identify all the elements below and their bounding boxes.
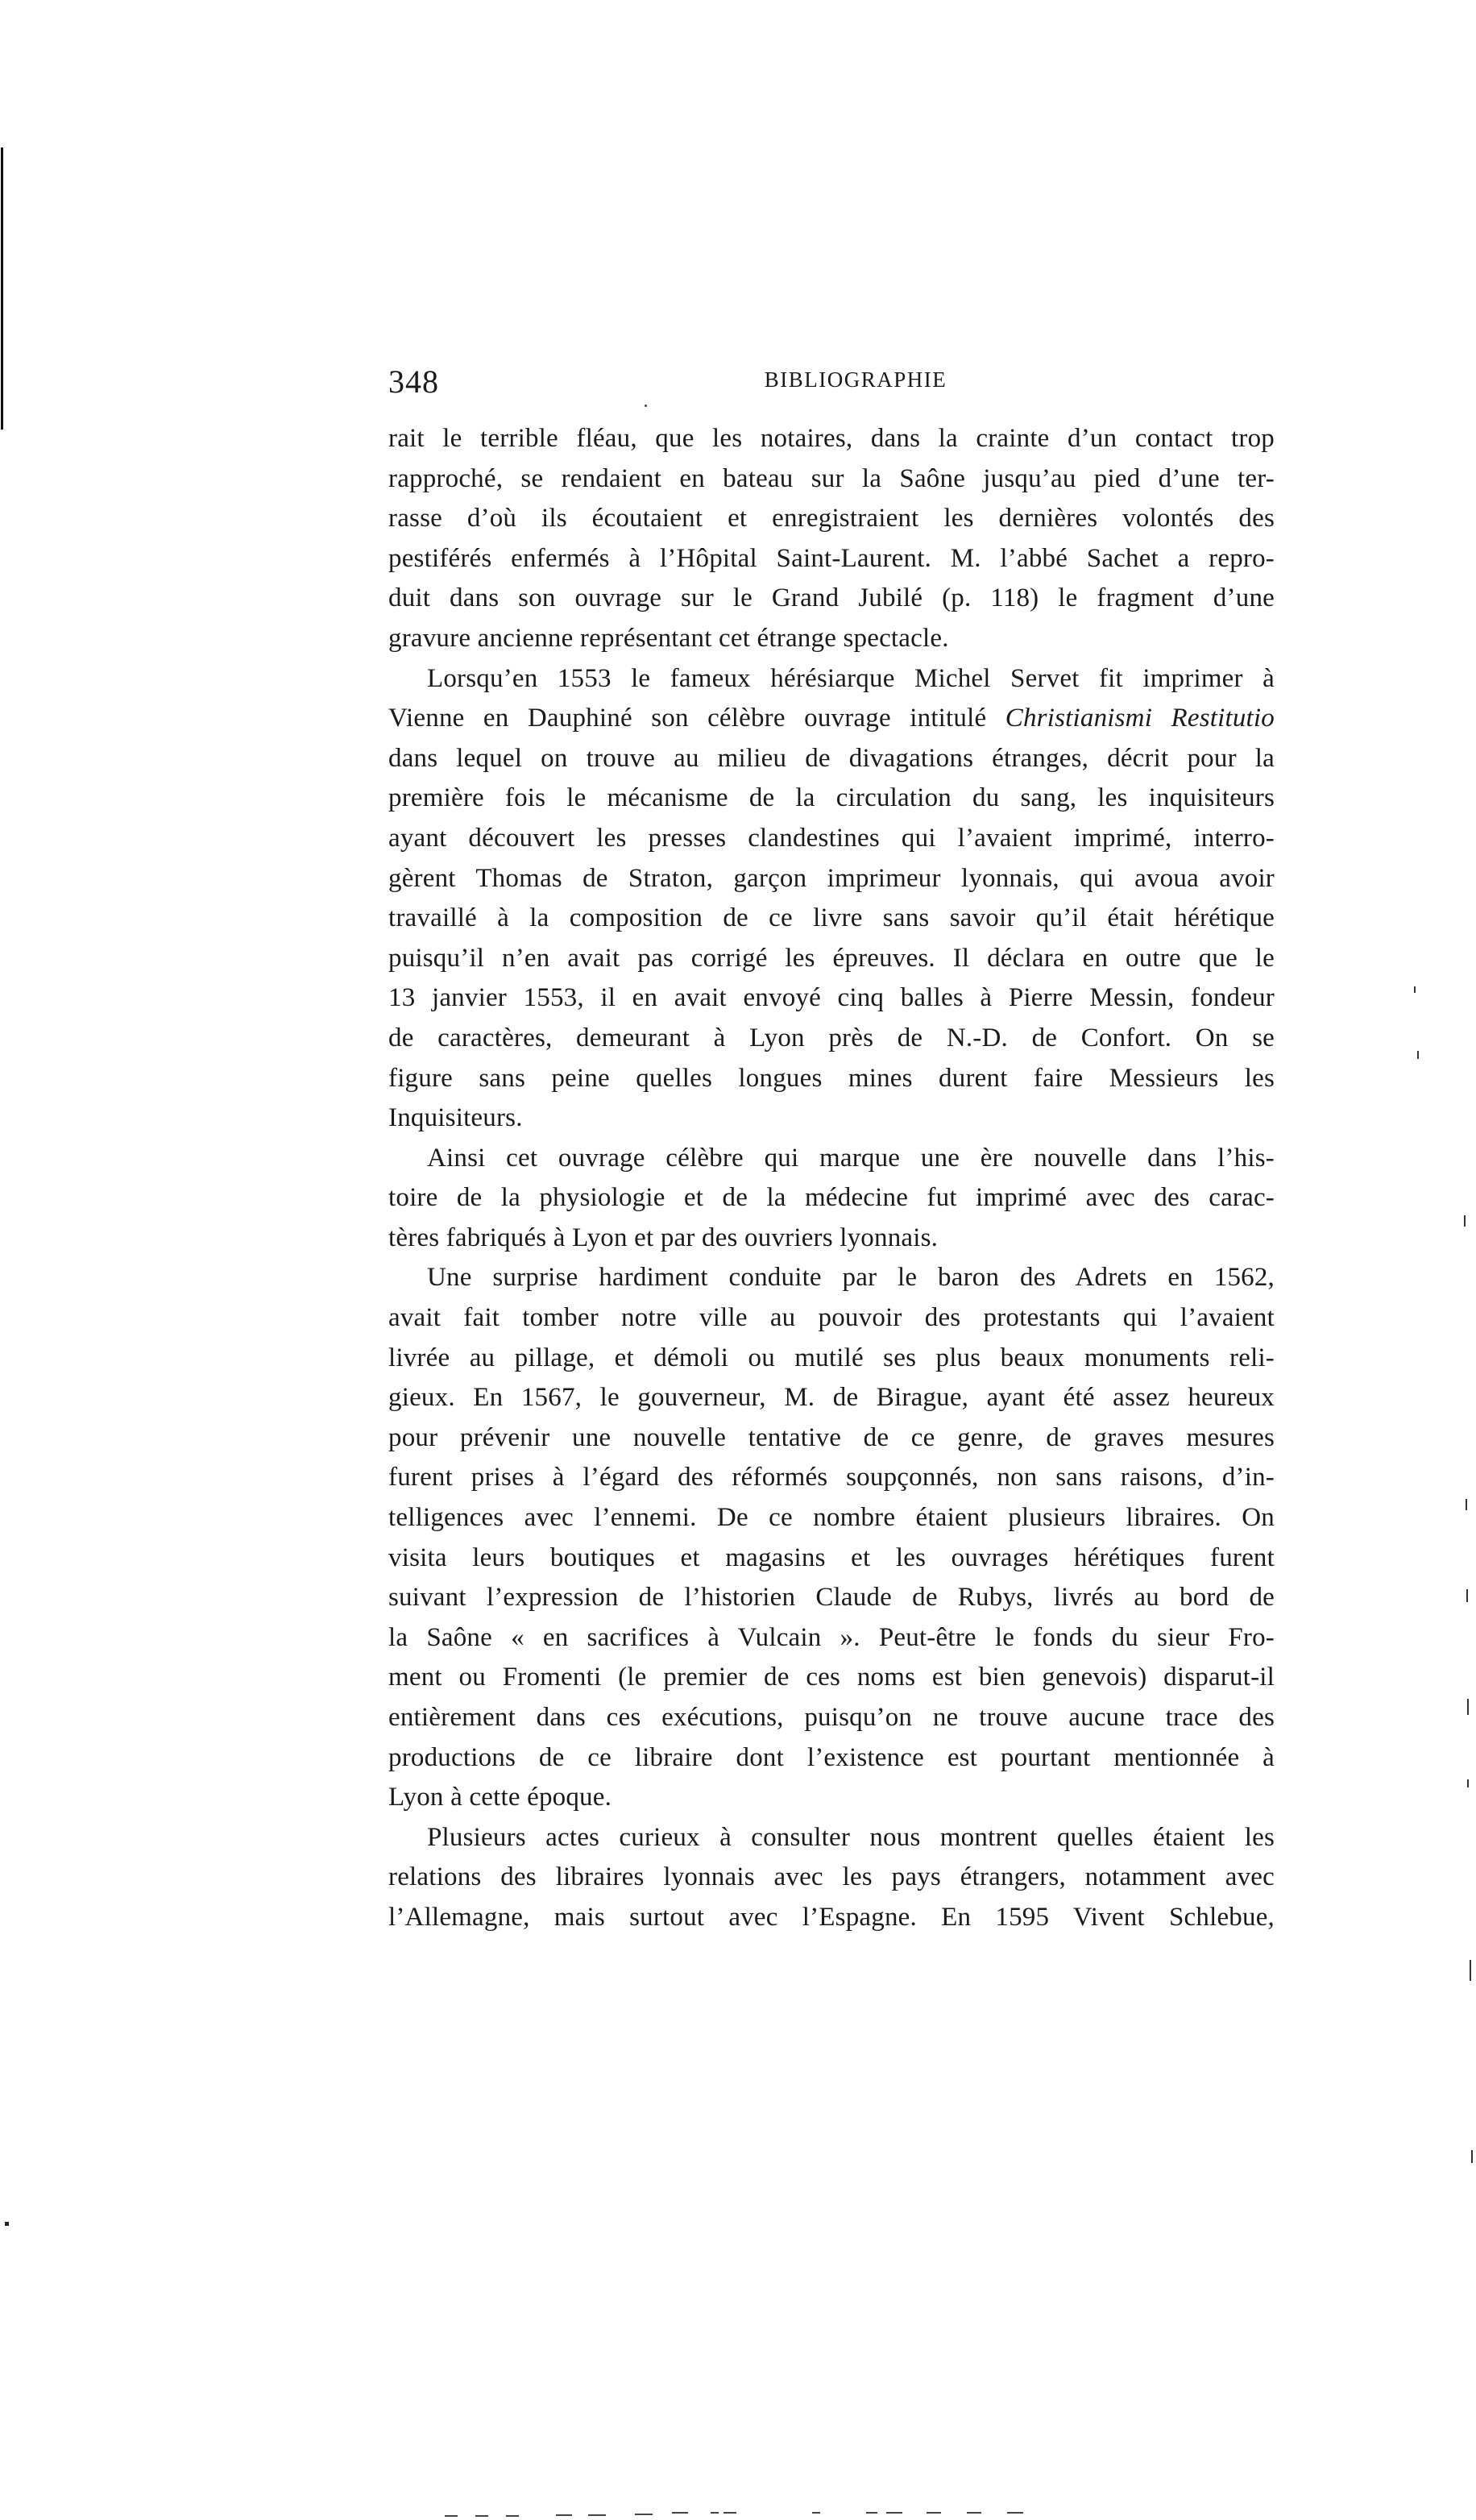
text-line: entièrement dans ces exécutions, puisqu’… — [388, 1698, 1275, 1738]
scan-bottom-mark — [927, 2512, 941, 2514]
text-line: Vienne en Dauphiné son célèbre ouvrage i… — [388, 699, 1275, 739]
text-line: pestiférés enfermés à l’Hôpital Saint-La… — [388, 539, 1275, 579]
scan-bottom-mark — [967, 2512, 981, 2514]
text-line: gèrent Thomas de Straton, garçon imprime… — [388, 859, 1275, 899]
text-line: Ainsi cet ouvrage célèbre qui marque une… — [388, 1139, 1275, 1179]
text-line: Plusieurs actes curieux à consulter nous… — [388, 1818, 1275, 1858]
text-line: puisqu’il n’en avait pas corrigé les épr… — [388, 939, 1275, 979]
scan-bottom-mark — [812, 2512, 820, 2514]
text-line: toire de la physiologie et de la médecin… — [388, 1178, 1275, 1218]
scan-margin-mark — [1417, 1051, 1419, 1059]
scan-bottom-mark — [506, 2515, 519, 2517]
scan-bottom-mark — [445, 2515, 458, 2517]
paragraph: Plusieurs actes curieux à consulter nous… — [388, 1818, 1275, 1938]
scan-bottom-mark — [475, 2515, 488, 2517]
scan-bottom-mark — [711, 2512, 719, 2514]
scan-margin-mark — [1466, 1499, 1467, 1510]
scan-margin-mark — [1470, 1960, 1471, 1981]
running-title: BIBLIOGRAPHIE — [388, 367, 1275, 392]
text-line: Lorsqu’en 1553 le fameux hérésiarque Mic… — [388, 659, 1275, 700]
paragraph: Ainsi cet ouvrage célèbre qui marque une… — [388, 1139, 1275, 1259]
running-head: 348 BIBLIOGRAPHIE — [388, 363, 1275, 413]
paragraph: Lorsqu’en 1553 le fameux hérésiarque Mic… — [388, 659, 1275, 1139]
text-line: furent prises à l’égard des réformés sou… — [388, 1458, 1275, 1498]
text-line: l’Allemagne, mais surtout avec l’Espagne… — [388, 1898, 1275, 1938]
italic-book-title: Christianismi Restitutio — [1005, 704, 1275, 733]
scan-margin-mark — [1467, 1699, 1469, 1715]
scan-margin-mark — [1467, 1779, 1469, 1787]
scan-bottom-mark — [723, 2512, 736, 2514]
text-line: rasse d’où ils écoutaient et enregistrai… — [388, 499, 1275, 539]
text-line: de caractères, demeurant à Lyon près de … — [388, 1019, 1275, 1059]
book-page: 348 BIBLIOGRAPHIE rait le terrible fléau… — [388, 363, 1275, 1938]
text-line: Inquisiteurs. — [388, 1098, 1275, 1139]
scan-bottom-mark — [635, 2514, 653, 2515]
text-line: duit dans son ouvrage sur le Grand Jubil… — [388, 579, 1275, 619]
text-line: tères fabriqués à Lyon et par des ouvrie… — [388, 1218, 1275, 1259]
text-line: la Saône « en sacrifices à Vulcain ». Pe… — [388, 1618, 1275, 1659]
text-line: Une surprise hardiment conduite par le b… — [388, 1258, 1275, 1298]
scan-bottom-mark — [556, 2514, 572, 2516]
scan-margin-mark — [1466, 1589, 1468, 1602]
text-line: visita leurs boutiques et magasins et le… — [388, 1538, 1275, 1579]
text-run: Vienne en Dauphiné son célèbre ouvrage i… — [388, 704, 1005, 733]
scan-margin-mark — [1471, 2150, 1473, 2163]
text-line: rapproché, se rendaient en bateau sur la… — [388, 459, 1275, 500]
text-line: rait le terrible fléau, que les notaires… — [388, 419, 1275, 459]
scan-bottom-mark — [1007, 2512, 1023, 2514]
scan-margin-mark — [1464, 1215, 1466, 1227]
scan-bottom-mark — [866, 2512, 877, 2514]
text-line: figure sans peine quelles longues mines … — [388, 1059, 1275, 1099]
text-line: livrée au pillage, et démoli ou mutilé s… — [388, 1339, 1275, 1379]
text-line: ment ou Fromenti (le premier de ces noms… — [388, 1658, 1275, 1698]
text-line: Lyon à cette époque. — [388, 1778, 1275, 1818]
text-line: première fois le mécanisme de la circula… — [388, 778, 1275, 819]
text-line: relations des libraires lyonnais avec le… — [388, 1858, 1275, 1898]
scan-speck — [5, 2222, 9, 2226]
scan-bottom-mark — [886, 2512, 902, 2514]
text-line: gravure ancienne représentant cet étrang… — [388, 619, 1275, 659]
text-line: dans lequel on trouve au milieu de divag… — [388, 739, 1275, 779]
scan-edge-line — [1, 147, 3, 430]
text-line: avait fait tomber notre ville au pouvoir… — [388, 1298, 1275, 1339]
text-line: telligences avec l’ennemi. De ce nombre … — [388, 1498, 1275, 1538]
text-line: 13 janvier 1553, il en avait envoyé cinq… — [388, 978, 1275, 1019]
scan-speck — [645, 405, 647, 407]
scan-margin-mark — [1414, 986, 1416, 993]
text-line: pour prévenir une nouvelle tentative de … — [388, 1418, 1275, 1459]
paragraph: rait le terrible fléau, que les notaires… — [388, 419, 1275, 659]
scan-bottom-mark — [588, 2514, 606, 2516]
text-line: travaillé à la composition de ce livre s… — [388, 899, 1275, 939]
text-line: ayant découvert les presses clandestines… — [388, 819, 1275, 859]
text-line: gieux. En 1567, le gouverneur, M. de Bir… — [388, 1378, 1275, 1418]
paragraph: Une surprise hardiment conduite par le b… — [388, 1258, 1275, 1817]
body-text: rait le terrible fléau, que les notaires… — [388, 419, 1275, 1938]
scan-bottom-mark — [672, 2512, 688, 2514]
text-line: productions de ce libraire dont l’existe… — [388, 1738, 1275, 1779]
text-line: suivant l’expression de l’historien Clau… — [388, 1578, 1275, 1618]
